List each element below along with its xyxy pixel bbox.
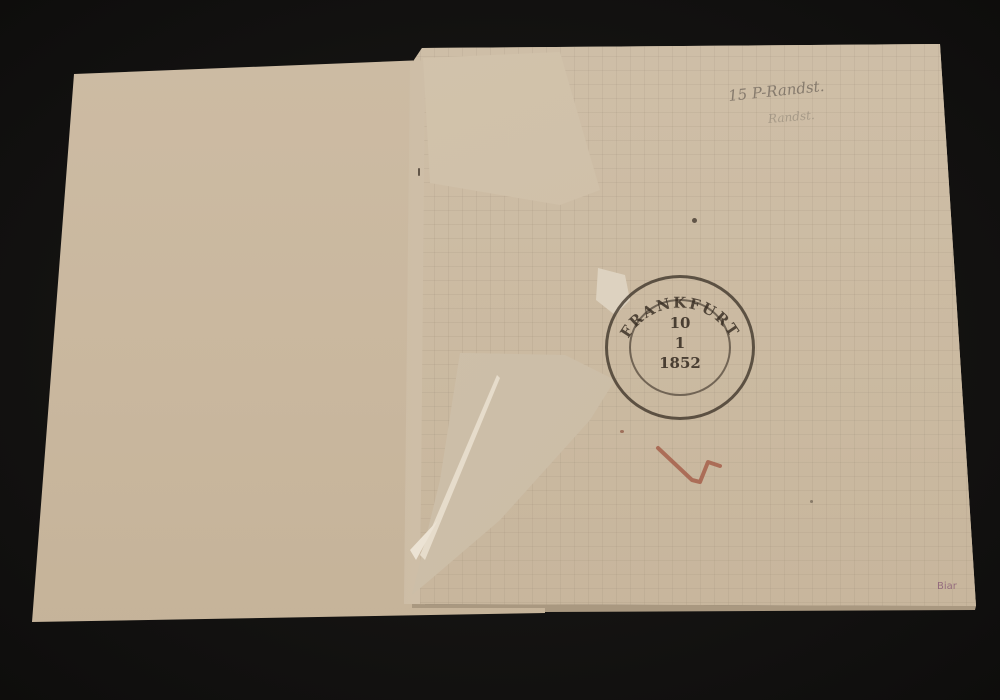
catalog-mark: Biar [937,581,957,592]
postmark-date: 10 1 1852 [605,313,755,373]
ink-spot [620,430,624,433]
postmark-month: 1 [605,333,755,353]
ink-spot [810,500,813,503]
postmark-day: 10 [605,313,755,333]
ink-spot [692,218,697,223]
postmark-year: 1852 [605,353,755,373]
postmark: FRANKFURT 10 1 1852 [605,275,755,420]
red-crayon-mark [650,440,730,495]
ink-spot [418,168,420,176]
